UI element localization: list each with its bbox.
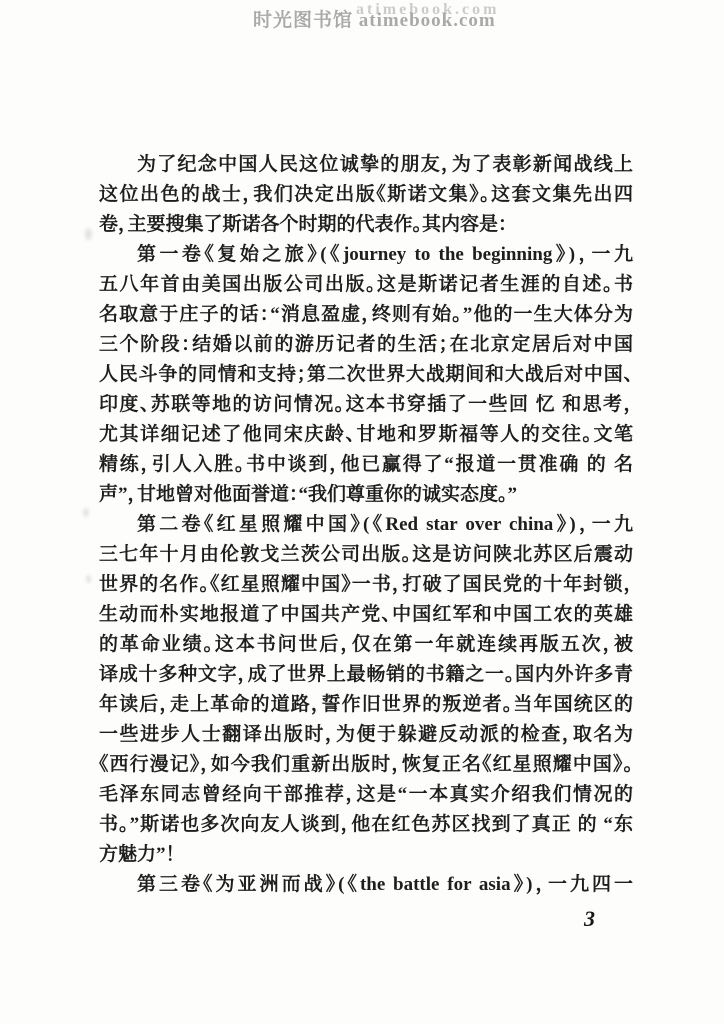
book-page: 时光图书馆 atimebook.com atimebook.com 为了纪念中国… [0,0,724,1024]
text-line: 为了纪念中国人民这位诚挚的朋友，为了表彰新闻战线上 [99,150,633,180]
text-line: 生动而朴实地报道了中国共产党、中国红军和中国工农的英雄 [99,600,633,630]
text-line: 三七年十月由伦敦戈兰茨公司出版。这是访问陕北苏区后震动 [99,540,633,570]
text-line: 名取意于庄子的话：“消息盈虚，终则有始。”他的一生大体分为 [99,300,633,330]
text-line: 声”，甘地曾对他面誉道：“我们尊重你的诚实态度。” [99,480,633,510]
scan-smudge [86,575,91,583]
text-line: 书。”斯诺也多次向友人谈到，他在红色苏区找到了真正 的 “东 [99,810,633,840]
watermark: 时光图书馆 atimebook.com atimebook.com [0,0,724,42]
text-line: 年读后，走上革命的道路，誓作旧世界的叛逆者。当年国统区的 [99,690,633,720]
text-line: 印度、苏联等地的访问情况。这本书穿插了一些回 忆 和思考， [99,390,633,420]
text-line: 第一卷《复始之旅》(《journey to the beginning》)，一九 [99,240,633,270]
scan-smudge [83,508,89,517]
text-line: 一些进步人士翻译出版时，为便于躲避反动派的检查，取名为 [99,720,633,750]
text-line: 五八年首由美国出版公司出版。这是斯诺记者生涯的自述。书 [99,270,633,300]
scan-smudge [85,228,92,240]
page-number: 3 [584,906,595,932]
text-line: 第三卷《为亚洲而战》(《the battle for asia》)，一九四一 [99,870,633,900]
text-line: 这位出色的战士，我们决定出版《斯诺文集》。这套文集先出四 [99,180,633,210]
watermark-text: 时光图书馆 atimebook.com [253,5,496,32]
watermark-ghost-text: atimebook.com [356,1,499,19]
text-line: 《西行漫记》，如今我们重新出版时，恢复正名《红星照耀中国》。 [99,750,633,780]
text-line: 尤其详细记述了他同宋庆龄、甘地和罗斯福等人的交往。文笔 [99,420,633,450]
text-line: 译成十多种文字，成了世界上最畅销的书籍之一。国内外许多青 [99,660,633,690]
text-line: 毛泽东同志曾经向干部推荐，这是“一本真实介绍我们情况的 [99,780,633,810]
text-line: 人民斗争的同情和支持；第二次世界大战期间和大战后对中国、 [99,360,633,390]
text-line: 第二卷《红星照耀中国》(《Red star over china》)，一九 [99,510,633,540]
text-line: 卷，主要搜集了斯诺各个时期的代表作。其内容是： [99,210,633,240]
text-line: 的革命业绩。这本书问世后，仅在第一年就连续再版五次，被 [99,630,633,660]
text-line: 三个阶段：结婚以前的游历记者的生活；在北京定居后对中国 [99,330,633,360]
page-text: 为了纪念中国人民这位诚挚的朋友，为了表彰新闻战线上这位出色的战士，我们决定出版《… [99,150,633,900]
text-line: 世界的名作。《红星照耀中国》一书，打破了国民党的十年封锁， [99,570,633,600]
text-line: 方魅力”！ [99,840,633,870]
text-line: 精练，引人入胜。书中谈到，他已赢得了“报道一贯准确 的 名 [99,450,633,480]
